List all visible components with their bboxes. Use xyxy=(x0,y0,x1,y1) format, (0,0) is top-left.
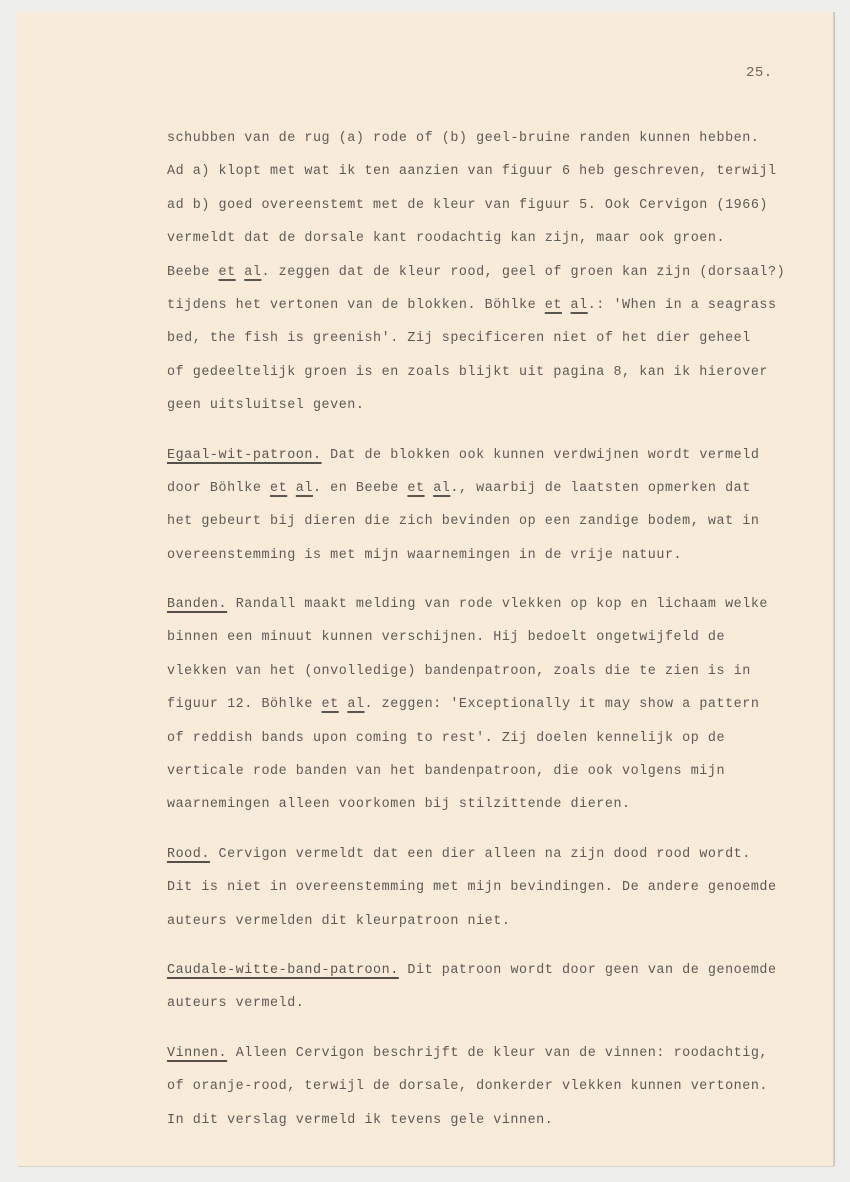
text-line: bed, the fish is greenish'. Zij specific… xyxy=(167,329,827,362)
text-span: .: 'When in a seagrass xyxy=(588,298,777,313)
paragraph-caudale-witte-band-patroon: Caudale-witte-band-patroon. Dit patroon … xyxy=(167,961,827,1028)
text-span: ., waarbij de laatsten opmerken dat xyxy=(450,481,751,496)
text-line: Banden. Randall maakt melding van rode v… xyxy=(167,595,827,628)
section-heading: Rood. xyxy=(167,847,210,862)
text-line: of reddish bands upon coming to rest'. Z… xyxy=(167,729,827,762)
latin-al: al xyxy=(571,298,588,313)
document-page: 25. schubben van de rug (a) rode of (b) … xyxy=(17,12,833,1166)
text-line: Vinnen. Alleen Cervigon beschrijft de kl… xyxy=(167,1044,827,1077)
paragraph-gap xyxy=(167,945,827,961)
text-line: ad b) goed overeenstemt met de kleur van… xyxy=(167,196,827,229)
text-line: vermeldt dat de dorsale kant roodachtig … xyxy=(167,229,827,262)
page-number: 25. xyxy=(746,65,773,81)
text-line: of gedeeltelijk groen is en zoals blijkt… xyxy=(167,363,827,396)
paragraph-egaal-wit-patroon: Egaal-wit-patroon. Dat de blokken ook ku… xyxy=(167,446,827,580)
section-heading: Banden. xyxy=(167,597,227,612)
text-line: Caudale-witte-band-patroon. Dit patroon … xyxy=(167,961,827,994)
latin-al: al xyxy=(347,697,364,712)
paragraph-vinnen: Vinnen. Alleen Cervigon beschrijft de kl… xyxy=(167,1044,827,1144)
text-line: overeenstemming is met mijn waarnemingen… xyxy=(167,546,827,579)
text-span: Dit patroon wordt door geen van de genoe… xyxy=(399,963,777,978)
body-text: schubben van de rug (a) rode of (b) geel… xyxy=(167,129,827,1144)
text-span: Randall maakt melding van rode vlekken o… xyxy=(227,597,768,612)
text-span: Alleen Cervigon beschrijft de kleur van … xyxy=(227,1046,768,1061)
text-line: auteurs vermeld. xyxy=(167,994,827,1027)
section-heading: Caudale-witte-band-patroon. xyxy=(167,963,399,978)
text-span: Beebe xyxy=(167,265,219,280)
text-span xyxy=(236,265,245,280)
latin-et: et xyxy=(322,697,339,712)
text-line: auteurs vermelden dit kleurpatroon niet. xyxy=(167,912,827,945)
text-line: Beebe et al. zeggen dat de kleur rood, g… xyxy=(167,263,827,296)
text-span: . zeggen: 'Exceptionally it may show a p… xyxy=(364,697,759,712)
text-span xyxy=(425,481,434,496)
latin-et: et xyxy=(407,481,424,496)
latin-al: al xyxy=(433,481,450,496)
text-span: door Böhlke xyxy=(167,481,270,496)
paragraph-banden: Banden. Randall maakt melding van rode v… xyxy=(167,595,827,829)
paragraph-gap xyxy=(167,1028,827,1044)
paragraph-rood: Rood. Cervigon vermeldt dat een dier all… xyxy=(167,845,827,945)
text-span: tijdens het vertonen van de blokken. Böh… xyxy=(167,298,545,313)
paragraph-gap xyxy=(167,430,827,446)
text-line: het gebeurt bij dieren die zich bevinden… xyxy=(167,512,827,545)
text-line: waarnemingen alleen voorkomen bij stilzi… xyxy=(167,795,827,828)
text-span: . zeggen dat de kleur rood, geel of groe… xyxy=(261,265,785,280)
text-span: Dat de blokken ook kunnen verdwijnen wor… xyxy=(322,448,760,463)
text-line: Ad a) klopt met wat ik ten aanzien van f… xyxy=(167,162,827,195)
text-line: In dit verslag vermeld ik tevens gele vi… xyxy=(167,1111,827,1144)
text-line: binnen een minuut kunnen verschijnen. Hi… xyxy=(167,628,827,661)
section-heading: Vinnen. xyxy=(167,1046,227,1061)
text-line: schubben van de rug (a) rode of (b) geel… xyxy=(167,129,827,162)
text-line: tijdens het vertonen van de blokken. Böh… xyxy=(167,296,827,329)
text-line: Dit is niet in overeenstemming met mijn … xyxy=(167,878,827,911)
text-line: vlekken van het (onvolledige) bandenpatr… xyxy=(167,662,827,695)
text-span: Cervigon vermeldt dat een dier alleen na… xyxy=(210,847,751,862)
text-line: Egaal-wit-patroon. Dat de blokken ook ku… xyxy=(167,446,827,479)
text-span: figuur 12. Böhlke xyxy=(167,697,322,712)
paragraph-gap xyxy=(167,829,827,845)
latin-et: et xyxy=(219,265,236,280)
section-heading: Egaal-wit-patroon. xyxy=(167,448,322,463)
latin-al: al xyxy=(296,481,313,496)
latin-et: et xyxy=(270,481,287,496)
text-line: of oranje-rood, terwijl de dorsale, donk… xyxy=(167,1077,827,1110)
paragraph-intro: schubben van de rug (a) rode of (b) geel… xyxy=(167,129,827,430)
text-line: figuur 12. Böhlke et al. zeggen: 'Except… xyxy=(167,695,827,728)
latin-et: et xyxy=(545,298,562,313)
latin-al: al xyxy=(244,265,261,280)
text-line: verticale rode banden van het bandenpatr… xyxy=(167,762,827,795)
paragraph-gap xyxy=(167,579,827,595)
text-span: . en Beebe xyxy=(313,481,407,496)
text-span xyxy=(287,481,296,496)
text-line: door Böhlke et al. en Beebe et al., waar… xyxy=(167,479,827,512)
text-line: Rood. Cervigon vermeldt dat een dier all… xyxy=(167,845,827,878)
text-line: geen uitsluitsel geven. xyxy=(167,396,827,429)
text-span xyxy=(562,298,571,313)
